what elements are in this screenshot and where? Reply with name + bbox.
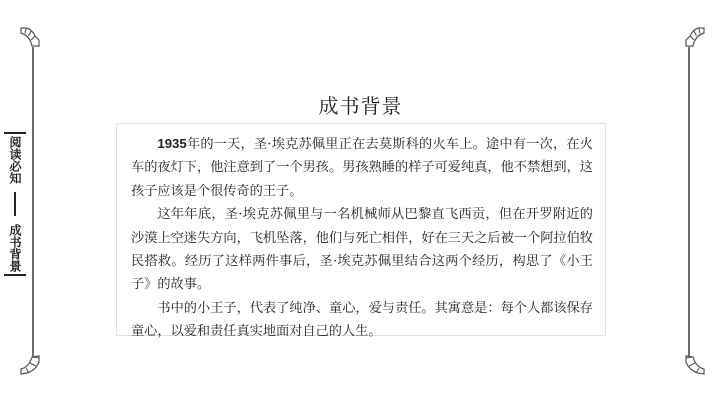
content-box: 1935年的一天，圣·埃克苏佩里正在去莫斯科的火车上。途中有一次，在火车的夜灯下… bbox=[116, 123, 606, 336]
side-section-tab: 阅读必知 成书背景 bbox=[4, 132, 26, 284]
paragraph-1-text: 年的一天，圣·埃克苏佩里正在去莫斯科的火车上。途中有一次，在火车的夜灯下，他注意… bbox=[131, 137, 593, 199]
paragraph-3: 书中的小王子，代表了纯净、童心，爱与责任。其寓意是：每个人都该保存童心，以爱和责… bbox=[131, 297, 593, 344]
section-label: 阅读必知 bbox=[8, 136, 22, 184]
bottom-left-ornament-icon bbox=[20, 355, 42, 377]
paragraph-2-text: 这年年底，圣·埃克苏佩里与一名机械师从巴黎直飞西贡，但在开罗附近的沙漠上空迷失方… bbox=[131, 207, 593, 292]
tab-top-bar bbox=[4, 132, 26, 134]
tab-separator bbox=[14, 192, 16, 216]
paragraph-1: 1935年的一天，圣·埃克苏佩里正在去莫斯科的火车上。途中有一次，在火车的夜灯下… bbox=[131, 132, 593, 203]
top-left-ornament-icon bbox=[20, 26, 42, 48]
top-right-ornament-icon bbox=[683, 26, 705, 48]
subsection-label: 成书背景 bbox=[8, 224, 22, 272]
bottom-right-ornament-icon bbox=[683, 355, 705, 377]
paragraph-3-text: 书中的小王子，代表了纯净、童心，爱与责任。其寓意是：每个人都该保存童心，以爱和责… bbox=[131, 301, 593, 339]
paragraph-2: 这年年底，圣·埃克苏佩里与一名机械师从巴黎直飞西贡，但在开罗附近的沙漠上空迷失方… bbox=[131, 203, 593, 297]
tab-bottom-bar bbox=[4, 274, 26, 276]
page-title: 成书背景 bbox=[0, 90, 721, 119]
content-body: 1935年的一天，圣·埃克苏佩里正在去莫斯科的火车上。途中有一次，在火车的夜灯下… bbox=[131, 132, 593, 344]
paragraph-1-year: 1935 bbox=[157, 136, 186, 151]
